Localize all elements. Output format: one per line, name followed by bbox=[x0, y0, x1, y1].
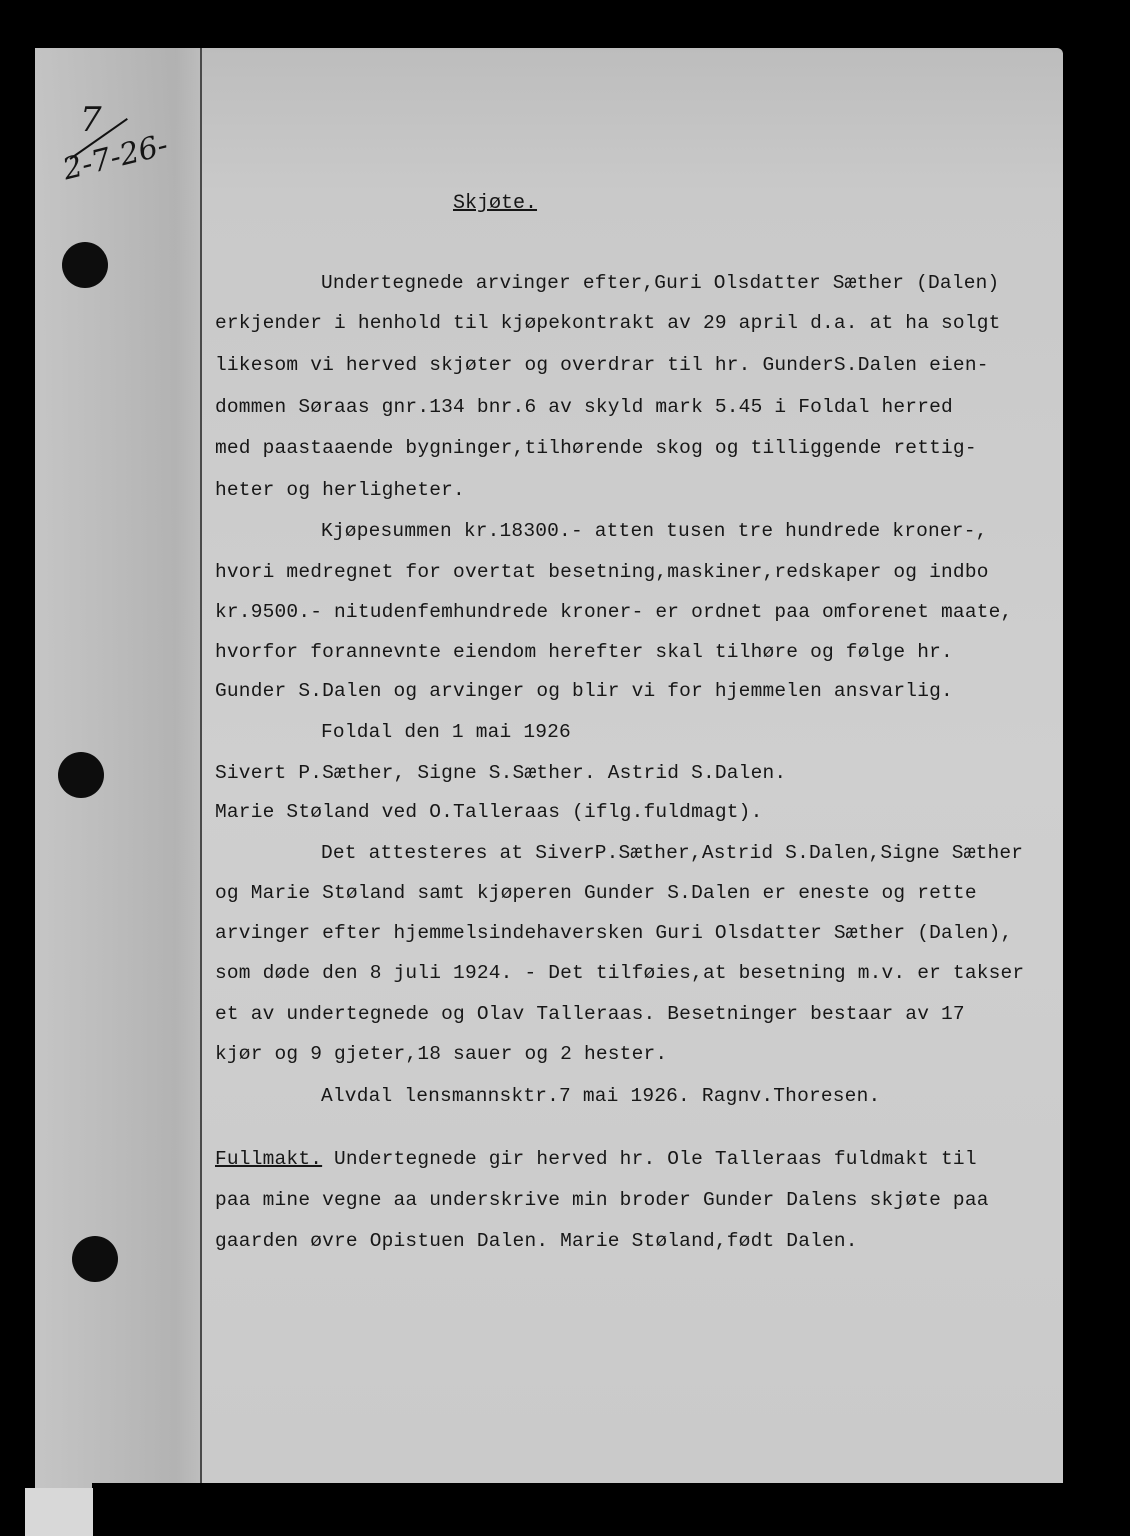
text-line: dommen Søraas gnr.134 bnr.6 av skyld mar… bbox=[215, 396, 953, 418]
text-line: hvorfor forannevnte eiendom herefter ska… bbox=[215, 641, 953, 663]
text-line: som døde den 8 juli 1924. - Det tilføies… bbox=[215, 962, 1024, 984]
binding-hole-icon bbox=[62, 242, 108, 288]
scan-background bbox=[92, 1483, 1063, 1536]
text-line: med paastaaende bygninger,tilhørende sko… bbox=[215, 437, 977, 459]
fullmakt-heading: Fullmakt. bbox=[215, 1148, 322, 1170]
document-title: Skjøte. bbox=[453, 192, 537, 215]
text-line: hvori medregnet for overtat besetning,ma… bbox=[215, 561, 989, 583]
text-line: Sivert P.Sæther, Signe S.Sæther. Astrid … bbox=[215, 762, 786, 784]
text-line: erkjender i henhold til kjøpekontrakt av… bbox=[215, 312, 1001, 334]
text-line: likesom vi herved skjøter og overdrar ti… bbox=[215, 354, 989, 376]
text-line: Foldal den 1 mai 1926 bbox=[321, 721, 571, 743]
text-line: Kjøpesummen kr.18300.- atten tusen tre h… bbox=[321, 520, 988, 542]
text-line: kr.9500.- nitudenfemhundrede kroner- er … bbox=[215, 601, 1012, 623]
text-line: et av undertegnede og Olav Talleraas. Be… bbox=[215, 1003, 965, 1025]
text-line: Alvdal lensmannsktr.7 mai 1926. Ragnv.Th… bbox=[321, 1085, 880, 1107]
margin-rule bbox=[200, 48, 202, 1488]
text-line: arvinger efter hjemmelsindehaversken Gur… bbox=[215, 922, 1012, 944]
binding-hole-icon bbox=[72, 1236, 118, 1282]
fullmakt-text: Undertegnede gir herved hr. Ole Talleraa… bbox=[322, 1148, 977, 1170]
page-tab bbox=[25, 1488, 93, 1536]
margin-note-number: 7 bbox=[80, 100, 102, 140]
fullmakt-line: gaarden øvre Opistuen Dalen. Marie Støla… bbox=[215, 1230, 858, 1252]
text-line: Gunder S.Dalen og arvinger og blir vi fo… bbox=[215, 680, 953, 702]
text-line: kjør og 9 gjeter,18 sauer og 2 hester. bbox=[215, 1043, 667, 1065]
text-line: og Marie Støland samt kjøperen Gunder S.… bbox=[215, 882, 977, 904]
text-line: heter og herligheter. bbox=[215, 479, 465, 501]
text-line: Det attesteres at SiverP.Sæther,Astrid S… bbox=[321, 842, 1023, 864]
fullmakt-line: paa mine vegne aa underskrive min broder… bbox=[215, 1189, 989, 1211]
text-line: Marie Støland ved O.Talleraas (iflg.fuld… bbox=[215, 801, 763, 823]
fullmakt-line: Fullmakt. Undertegnede gir herved hr. Ol… bbox=[215, 1148, 977, 1170]
text-line: Undertegnede arvinger efter,Guri Olsdatt… bbox=[321, 272, 999, 294]
binding-hole-icon bbox=[58, 752, 104, 798]
